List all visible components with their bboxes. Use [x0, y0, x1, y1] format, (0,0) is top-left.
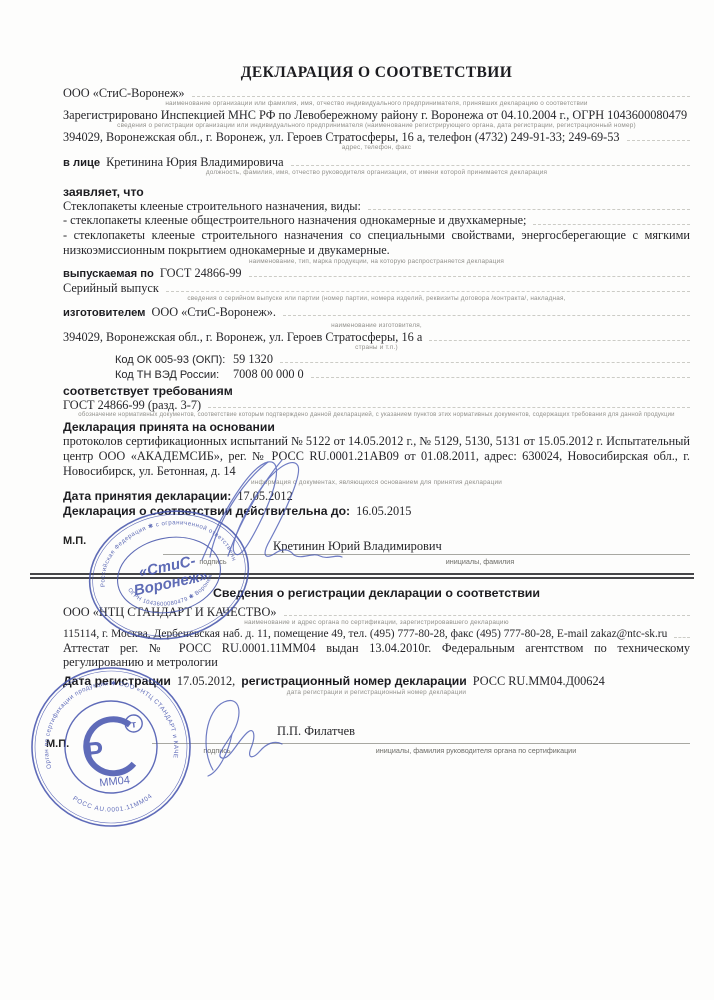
dotted-line	[311, 377, 690, 378]
manufacturer-label: изготовителем	[63, 306, 145, 320]
code-tnved-label: Код ТН ВЭД России:	[115, 368, 233, 382]
manufacturer-row: изготовителем ООО «СтиС-Воронеж».	[63, 305, 690, 319]
director-name: Кретинин Юрий Владимирович	[273, 539, 442, 554]
registration-date-label: Дата регистрации	[63, 673, 171, 689]
registration-caption: дата регистрации и регистрационный номер…	[63, 689, 690, 697]
product-line2-row: - стеклопакеты клееные общестроительного…	[63, 213, 690, 228]
serial-type: Серийный выпуск	[63, 281, 159, 295]
registry-org: ООО «НТЦ СТАНДАРТ И КАЧЕСТВО»	[63, 605, 277, 619]
registry-org-row: ООО «НТЦ СТАНДАРТ И КАЧЕСТВО»	[63, 605, 690, 619]
conforms-standard: ГОСТ 24866-99 (разд. 3-7)	[63, 398, 201, 412]
basis-label-row: Декларация принята на основании	[63, 420, 690, 434]
declarant-registration-caption: сведения о регистрации организации или и…	[63, 122, 690, 130]
adoption-date-row: Дата принятия декларации: 17.05.2012	[63, 489, 690, 504]
declarant-org: ООО «СтиС-Воронеж»	[63, 86, 185, 100]
code-tnved-row: Код ТН ВЭД России: 7008 00 000 0	[63, 367, 690, 381]
conforms-standard-row: ГОСТ 24866-99 (разд. 3-7)	[63, 398, 690, 411]
director-signature-area: М.П. Кретинин Юрий Владимирович подпись …	[63, 519, 690, 573]
manufacturer-name: ООО «СтиС-Воронеж».	[151, 305, 276, 319]
code-okp-row: Код ОК 005-93 (ОКП): 59 1320	[63, 352, 690, 366]
product-line1-row: Стеклопакеты клееные строительного назна…	[63, 199, 690, 213]
certifier-signature-area: М.П. П.П. Филатчев подпись инициалы, фам…	[63, 697, 690, 817]
product-line2: - стеклопакеты клееные общестроительного…	[63, 213, 526, 228]
dotted-line	[280, 362, 690, 363]
basis-text: протоколов сертификационных испытаний № …	[63, 434, 690, 479]
issued-standard: ГОСТ 24866-99	[160, 266, 242, 280]
declares-row: заявляет, что	[63, 185, 690, 199]
dotted-line	[284, 615, 690, 616]
dotted-line	[674, 637, 690, 638]
code-tnved-value: 7008 00 000 0	[233, 367, 304, 381]
registry-heading: Сведения о регистрации декларации о соот…	[63, 585, 690, 601]
adoption-date-value: 17.05.2012	[237, 489, 292, 504]
declarant-address: 394029, Воронежская обл., г. Воронеж, ул…	[63, 130, 620, 144]
dotted-line	[533, 224, 690, 225]
conforms-caption: обозначение нормативных документов, соот…	[63, 411, 690, 419]
registry-org-caption: наименование и адрес органа по сертифика…	[63, 619, 690, 627]
declarant-address-row: 394029, Воронежская обл., г. Воронеж, ул…	[63, 130, 690, 144]
declarant-org-row: ООО «СтиС-Воронеж»	[63, 86, 690, 100]
valid-until-row: Декларация о соответствии действительна …	[63, 504, 690, 519]
basis-caption: информация о документах, являющихся осно…	[63, 479, 690, 487]
dotted-line	[166, 291, 690, 292]
name-line	[262, 743, 690, 744]
manufacturer-address-row: 394029, Воронежская обл., г. Воронеж, ул…	[63, 330, 690, 344]
valid-until-value: 16.05.2015	[356, 504, 411, 519]
valid-until-label: Декларация о соответствии действительна …	[63, 504, 350, 519]
director-name-caption: инициалы, фамилия	[270, 557, 690, 566]
dotted-line	[429, 340, 690, 341]
dotted-line	[291, 165, 690, 166]
declarant-registration-row: Зарегистрировано Инспекцией МНС РФ по Ле…	[63, 108, 690, 122]
declarant-address-caption: адрес, телефон, факс	[63, 144, 690, 152]
adoption-date-label: Дата принятия декларации:	[63, 489, 231, 504]
signature-caption: подпись	[158, 557, 268, 566]
declarant-registration: Зарегистрировано Инспекцией МНС РФ по Ле…	[63, 108, 687, 122]
issued-label: выпускаемая по	[63, 267, 154, 281]
serial-caption: сведения о серийном выпуске или партии (…	[63, 295, 690, 303]
registry-address: 115114, г. Москва, Дербеневская наб. д. …	[63, 627, 667, 641]
dotted-line	[208, 407, 690, 408]
serial-row: Серийный выпуск	[63, 281, 690, 295]
in-person-row: в лице Кретинина Юрия Владимировича	[63, 155, 690, 169]
certifier-name-caption: инициалы, фамилия руководителя органа по…	[262, 746, 690, 755]
stamp-place-label: М.П.	[63, 535, 86, 547]
product-caption: наименование, тип, марка продукции, на к…	[63, 258, 690, 266]
manufacturer-address-caption: страны и т.п.)	[63, 344, 690, 352]
manufacturer-address: 394029, Воронежская обл., г. Воронеж, ул…	[63, 330, 422, 344]
conforms-row: соответствует требованиям	[63, 384, 690, 398]
product-line1: Стеклопакеты клееные строительного назна…	[63, 199, 361, 213]
dotted-line	[368, 209, 690, 210]
dotted-line	[192, 96, 691, 97]
basis-label: Декларация принята на основании	[63, 420, 275, 434]
dotted-line	[249, 276, 690, 277]
name-line	[270, 554, 690, 555]
in-person-label: в лице	[63, 156, 100, 170]
product-line3: - стеклопакеты клееные строительного наз…	[63, 228, 690, 258]
document-page: ДЕКЛАРАЦИЯ О СООТВЕТСТВИИ ООО «СтиС-Воро…	[0, 0, 714, 1000]
dotted-line	[283, 315, 690, 316]
registration-number: РОСС RU.ММ04.Д00624	[473, 673, 605, 689]
manufacturer-caption: наименование изготовителя,	[63, 322, 690, 330]
registry-address-row: 115114, г. Москва, Дербеневская наб. д. …	[63, 627, 690, 641]
registration-number-label: регистрационный номер декларации	[241, 673, 466, 689]
declares-label: заявляет, что	[63, 185, 144, 199]
conforms-label: соответствует требованиям	[63, 384, 233, 398]
in-person-name: Кретинина Юрия Владимировича	[106, 155, 283, 169]
issued-row: выпускаемая по ГОСТ 24866-99	[63, 266, 690, 280]
code-okp-value: 59 1320	[233, 352, 273, 366]
doc-title: ДЕКЛАРАЦИЯ О СООТВЕТСТВИИ	[63, 64, 690, 84]
in-person-caption: должность, фамилия, имя, отчество руково…	[63, 169, 690, 177]
certifier-name: П.П. Филатчев	[277, 724, 355, 739]
registration-row: Дата регистрации 17.05.2012, регистрацио…	[63, 673, 690, 689]
registration-date: 17.05.2012,	[177, 673, 235, 689]
declarant-org-caption: наименование организации или фамилия, им…	[63, 100, 690, 108]
dotted-line	[627, 140, 690, 141]
registry-attestate: Аттестат рег. № РОСС RU.0001.11ММ04 выда…	[63, 641, 690, 669]
section-divider	[30, 573, 694, 579]
code-okp-label: Код ОК 005-93 (ОКП):	[115, 353, 233, 367]
stamp-place-label: М.П.	[46, 738, 69, 750]
